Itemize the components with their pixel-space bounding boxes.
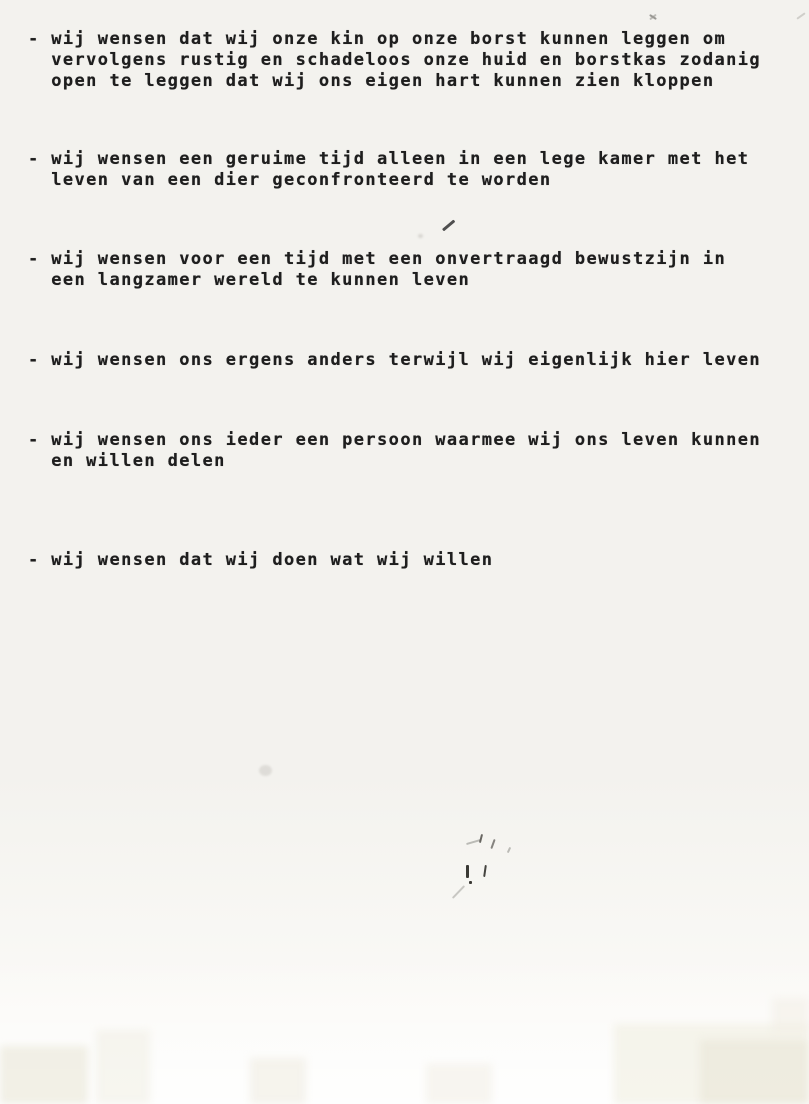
wish-item-1: - wij wensen dat wij onze kin op onze bo…	[28, 29, 761, 92]
pencil-scribble-diagonal	[452, 885, 465, 899]
wish-item-6: - wij wensen dat wij doen wat wij willen	[28, 550, 493, 571]
corner-scratch-mark	[796, 12, 805, 19]
wish-item-2: - wij wensen een geruime tijd alleen in …	[28, 149, 749, 191]
scan-shadow-patch-4	[426, 1064, 492, 1104]
wish-item-5: - wij wensen ons ieder een persoon waarm…	[28, 430, 761, 472]
stray-slash-mark	[442, 219, 455, 231]
scan-shadow-patch-7	[772, 998, 809, 1032]
pencil-scribble-tick-2	[490, 839, 495, 849]
scan-shadow-patch-2	[96, 1030, 150, 1104]
wish-item-3: - wij wensen voor een tijd met een onver…	[28, 249, 726, 291]
pencil-scribble-exclaim	[483, 865, 487, 877]
pencil-scribble-i-stroke	[466, 865, 469, 878]
faint-dot	[418, 234, 423, 238]
scan-shadow-patch-1	[0, 1046, 88, 1104]
scanned-page: - wij wensen dat wij onze kin op onze bo…	[0, 0, 809, 1104]
pencil-scribble-tick-1	[479, 834, 483, 843]
pencil-scribble-i-dot	[469, 881, 472, 884]
scan-shadow-patch-6	[700, 1040, 809, 1104]
scan-shadow-patch-3	[250, 1058, 306, 1104]
gray-smudge	[259, 765, 272, 776]
wish-item-4: - wij wensen ons ergens anders terwijl w…	[28, 350, 761, 371]
pencil-scribble-tick-3	[507, 847, 511, 853]
